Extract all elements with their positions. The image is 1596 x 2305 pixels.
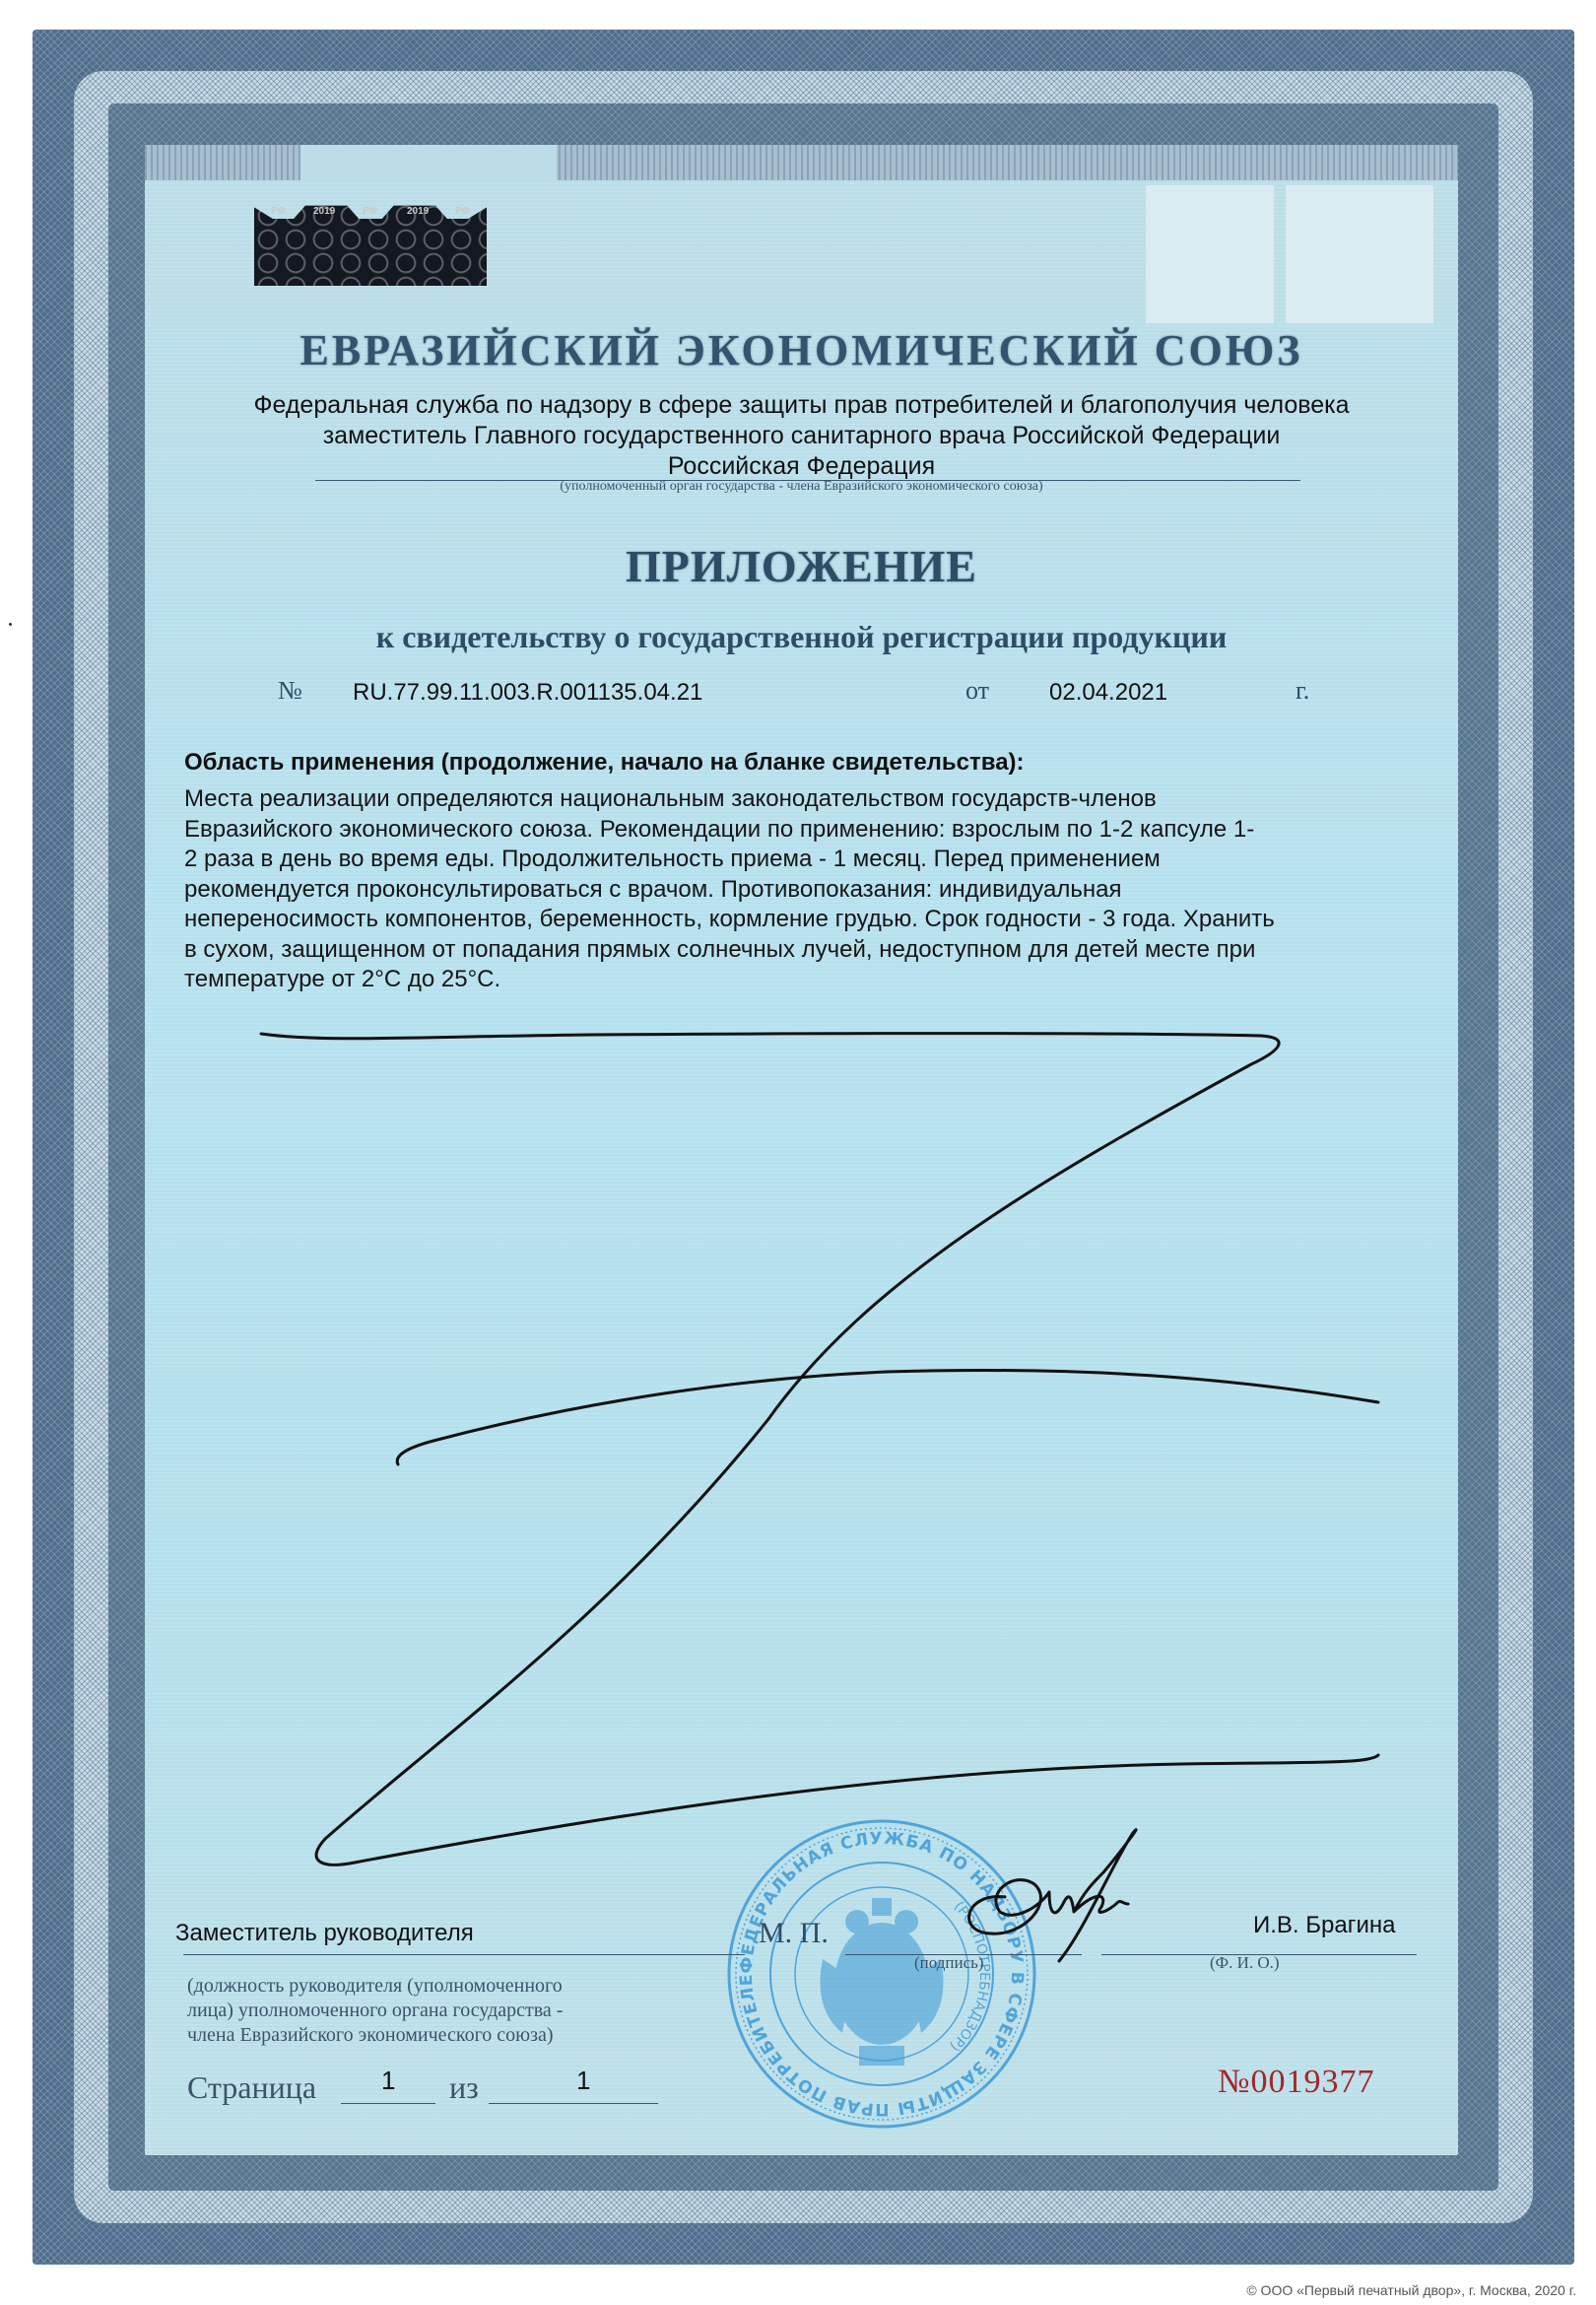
signer-position: Заместитель руководителя	[175, 1920, 474, 1947]
scope-line: непереносимость компонентов, беременност…	[184, 905, 1426, 935]
hologram-label: РФ	[271, 206, 286, 217]
hologram-label: РФ	[363, 206, 377, 217]
handwritten-signature	[946, 1823, 1172, 1981]
watermark-patch	[1286, 185, 1433, 323]
agency-official: заместитель Главного государственного са…	[145, 422, 1458, 450]
scope-line: Места реализации определяются национальн…	[184, 784, 1426, 815]
agency-country: Российская Федерация	[145, 452, 1458, 481]
blank-serial-number: №0019377	[1218, 2064, 1374, 2101]
position-caption-line: (должность руководителя (уполномоченного	[187, 1974, 739, 1999]
position-caption-line: члена Евразийского экономического союза)	[187, 2023, 739, 2048]
scan-speck	[9, 623, 12, 626]
name-caption: (Ф. И. О.)	[1210, 1953, 1280, 1973]
position-underline	[183, 1954, 745, 1955]
double-headed-eagle-icon	[821, 1898, 944, 2066]
security-strip-gap	[300, 145, 557, 180]
agency-caption: (уполномоченный орган государства - член…	[145, 479, 1458, 495]
hologram-label: РФ	[455, 206, 470, 217]
annex-subtitle: к свидетельству о государственной регист…	[145, 619, 1458, 655]
hologram-label: 2019	[313, 206, 335, 217]
year-suffix: г.	[1296, 676, 1309, 706]
page-total: 1	[576, 2066, 590, 2096]
hologram-label: 2019	[407, 206, 429, 217]
scope-text: Места реализации определяются национальн…	[184, 784, 1426, 995]
of-label: из	[449, 2069, 479, 2106]
scope-line: температуре от 2°C до 25°C.	[184, 965, 1426, 995]
agency-name: Федеральная служба по надзору в сфере за…	[145, 391, 1458, 420]
page-underline	[341, 2103, 435, 2104]
number-sign: №	[278, 676, 302, 706]
scope-heading: Область применения (продолжение, начало …	[184, 749, 1025, 777]
annex-title: ПРИЛОЖЕНИЕ	[145, 540, 1458, 592]
union-title: ЕВРАЗИЙСКИЙ ЭКОНОМИЧЕСКИЙ СОЮЗ	[145, 325, 1458, 375]
position-caption: (должность руководителя (уполномоченного…	[187, 1974, 739, 2048]
total-underline	[489, 2103, 658, 2104]
page-number: 1	[381, 2066, 395, 2096]
scope-line: 2 раза в день во время еды. Продолжитель…	[184, 845, 1426, 875]
page-label: Страница	[187, 2069, 316, 2106]
scope-line: Евразийского экономического союза. Реком…	[184, 815, 1426, 846]
seal-place-label: М. П.	[759, 1917, 829, 1950]
signer-name: И.В. Брагина	[1253, 1912, 1395, 1939]
scope-line: рекомендуется проконсультироваться с вра…	[184, 875, 1426, 906]
scope-line: в сухом, защищенном от попадания прямых …	[184, 935, 1426, 966]
printer-copyright: © ООО «Первый печатный двор», г. Москва,…	[1246, 2282, 1576, 2298]
position-caption-line: лица) уполномоченного органа государства…	[187, 1999, 739, 2023]
watermark-patch	[1146, 185, 1274, 323]
registration-date: 02.04.2021	[1049, 679, 1167, 707]
registration-number: RU.77.99.11.003.R.001135.04.21	[353, 679, 702, 707]
date-from-label: от	[965, 676, 989, 706]
